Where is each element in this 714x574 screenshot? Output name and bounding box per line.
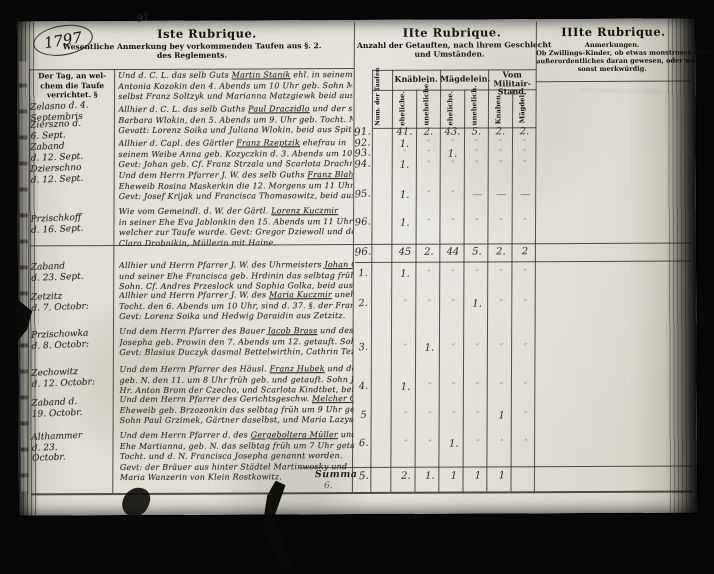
row-number: 96.	[352, 245, 375, 259]
date-header-line: Der Tag, an wel-	[31, 71, 113, 81]
count-cell: 2.	[416, 127, 440, 138]
register-entry: Und d. C. L. das selb Guts Martin Stanik…	[118, 70, 352, 103]
entry-text: Barbara Wlokin, den 5. Abends um 9. Uhr …	[118, 115, 352, 125]
count-cell: ”	[416, 139, 440, 147]
count-cell: ”	[465, 217, 489, 225]
entry-text: Tocht. den 6. Abends um 10 Uhr, sind d. …	[119, 301, 353, 311]
underlined-name: Maria Kuczmir	[269, 290, 332, 299]
entry-text: seinem Weibe Anna geb. Kozyczkin d. 3. A…	[118, 149, 352, 159]
date-entry: Przischkoffd. 16. Sept.	[30, 212, 114, 236]
entry-text: Sohn Paul Grzimek, Gärtner daselbst, und…	[120, 415, 354, 425]
count-cell: 2.	[488, 126, 512, 137]
count-cell: ”	[416, 149, 440, 157]
entry-text: Josepha geb. Prowin den 7. Abends um 12.…	[119, 337, 353, 347]
date-column: Zelasno d. 4.SeptembrisZierszno d.6. Sep…	[17, 19, 695, 22]
count-cell: ”	[441, 160, 465, 168]
entry-text: Allhier und Herrn Pfarrer J. W. des Uhrm…	[119, 260, 324, 270]
count-cell: 1.	[393, 218, 417, 229]
entry-text: Allhier und Herrn Pfarrer J. W. des	[119, 290, 269, 300]
entry-text: Und dem Herrn Pfarrer des Bauer	[119, 326, 267, 336]
entry-text: und der süssen	[310, 104, 353, 113]
entry-text: unehel. geb.	[332, 290, 353, 299]
row-rule	[355, 261, 692, 263]
count-cell: ”	[489, 268, 513, 276]
entry-text: und dessen Eheweib	[317, 326, 353, 335]
summa-sub-mark: 6.	[324, 481, 333, 491]
sub-header: Knaben.	[494, 91, 506, 125]
rubrique2-subtitle-line: Anzahl der Getauften, nach ihrem Geschle…	[357, 40, 542, 50]
register-entry: Und dem Herrn Pfarrer des Häusl. Franz H…	[119, 364, 353, 397]
register-entry-line: Gevatt: Lorenz Soika und Juliana Wlokin,…	[118, 125, 352, 137]
entry-text: Und dem Herrn Pfarrer des Gerichtsgeschw…	[120, 394, 312, 404]
register-entry: Allhier und Herrn Pfarrer J. W. des Mari…	[119, 290, 353, 323]
date-entry: Przischowkad. 8. Octobr:	[31, 328, 115, 352]
count-cell: ”	[417, 160, 441, 168]
entry-text: Gevt: Lorenz Soika und Hedwig Daraidin a…	[119, 311, 345, 321]
entry-text: Und d. C. L. das selb Guts	[118, 71, 232, 80]
entry-text: Gevt: der Bräuer aus hinter Städtel Mart…	[120, 462, 347, 472]
count-cell: ”	[489, 342, 513, 350]
entry-text: Und dem Herrn Pfarrer des Häusl.	[119, 364, 269, 374]
register-entry-line: Clara Drobnikin, Müllerin mit Haine.	[119, 238, 353, 250]
count-cell: ”	[465, 268, 489, 276]
count-cell: ”	[513, 159, 537, 167]
date-header-line: verrichtet. §	[31, 90, 113, 100]
header-stray-mark: 91	[136, 12, 151, 25]
count-cell: ”	[513, 268, 537, 276]
register-entry: Allhier d. C. L. das selb Guths Paul Dra…	[118, 104, 352, 137]
count-cell: ”	[464, 138, 488, 146]
underlined-name: Lorenz Kuczmir	[271, 206, 338, 215]
count-cell: ”	[393, 343, 417, 351]
count-cell: ”	[441, 269, 465, 277]
entry-text: ehl. in seinem	[291, 70, 353, 79]
sub-header: unehelich.	[470, 91, 482, 125]
count-cell: ”	[514, 438, 538, 446]
row-number: 2.	[352, 297, 375, 310]
num-der-taufen-label: Num. der Taufen	[374, 72, 390, 126]
scan-stage: 1797 91 Iste Rubrique. Wesentliche Anmer…	[0, 0, 714, 550]
count-cell: ”	[417, 269, 441, 277]
entry-text: Clara Drobnikin, Müllerin mit Haine.	[119, 238, 276, 248]
count-cell: ”	[418, 382, 442, 390]
row-number: 4.	[352, 380, 375, 393]
entry-text: Eheweib geb. Brzozonkin das selbtag früh…	[120, 405, 354, 415]
group-header: Mägdelein.	[440, 74, 488, 83]
register-entry: Allhier und Herrn Pfarrer J. W. des Uhrm…	[119, 260, 353, 293]
entry-text: und seiner Ehe Francisca geb. Hrdinin da…	[119, 271, 353, 281]
entry-text: in seiner Ehe Eva Jablonkin den 15. Aben…	[119, 217, 353, 227]
date-column-header: Der Tag, an wel-chem die Taufeverrichtet…	[31, 71, 113, 100]
row-number: 94.	[351, 158, 374, 171]
group-header: Knäblein.	[392, 75, 440, 84]
count-cell: ”	[466, 410, 490, 418]
rubrique2-subtitle-line: und Umständen.	[357, 49, 542, 59]
date-entry-line: Octobr.	[32, 451, 115, 465]
count-cell: 1.	[442, 439, 466, 450]
count-cell: —	[513, 189, 537, 200]
date-entry: Dzierschnod. 12. Sept.	[30, 162, 114, 186]
count-cell: ”	[513, 298, 537, 306]
register-entry-line: welcher zur Taufe wurde. Gevt: Gregor Dz…	[119, 227, 353, 239]
count-cell: 2.	[417, 247, 441, 258]
count-cell: ”	[465, 342, 489, 350]
register-page: 1797 91 Iste Rubrique. Wesentliche Anmer…	[17, 19, 697, 516]
entry-text: Ehe Martianna, geb. N. das selbtag früh …	[120, 441, 354, 451]
register-entry-line: Gevt: Lorenz Soika und Hedwig Daraidin a…	[119, 311, 353, 323]
register-entry-line: Gevt: Johan geb. Cf. Franz Strzala und S…	[119, 159, 353, 171]
count-cell: ”	[417, 190, 441, 198]
counts-body: 91.41.2.43.5.2.2.92.1.”””””93.””1.”””94.…	[17, 19, 695, 22]
count-cell: ”	[441, 190, 465, 198]
register-entry-line: Sohn Paul Grzimek, Gärtner daselbst, und…	[120, 415, 354, 427]
underlined-name: Franz Hubek	[270, 364, 325, 373]
date-entry: Zabandd. 12. Sept.	[30, 140, 114, 164]
entry-text: Tocht. und d. N. Francisca Josepha genan…	[120, 451, 343, 461]
count-cell: ”	[440, 139, 464, 147]
count-cell: 1.	[393, 269, 417, 280]
count-cell: ”	[489, 159, 513, 167]
count-cell: 2.	[512, 126, 536, 137]
row-number: 3.	[352, 341, 375, 354]
entry-text: Gevatt: Lorenz Soika und Juliana Wlokin,…	[118, 125, 352, 135]
count-cell: ”	[393, 299, 417, 307]
count-cell: 41.	[392, 127, 416, 138]
count-cell: 1.	[418, 471, 442, 482]
register-entry: Und dem Herrn Pfarrer des Gerichtsgeschw…	[120, 394, 354, 427]
count-cell: 1.	[393, 160, 417, 171]
count-cell: ”	[490, 381, 514, 389]
count-cell: 5.	[464, 126, 488, 137]
register-entry-line: Gevt: Blasius Duczyk dasmal Bettelwirthi…	[119, 347, 353, 359]
rubrique1-subtitle: Wesentliche Anmerkung bey vorkommenden T…	[37, 41, 347, 60]
count-cell: 1.	[393, 190, 417, 201]
sub-header: Mägdel.	[518, 91, 530, 125]
count-cell: ”	[490, 438, 514, 446]
underlined-name: Jacob Brass	[268, 326, 318, 335]
sub-header: uneheliche.	[422, 92, 434, 126]
entry-text: geb. N. den 11. um 8 Uhr früh geb. und g…	[119, 375, 353, 385]
entry-text: Eheweib Rosina Maskerkin die 12. Morgens…	[119, 181, 353, 191]
date-entry: Althammerd. 23.Octobr.	[31, 430, 115, 465]
entries-column: Und d. C. L. das selb Guts Martin Stanik…	[17, 19, 695, 22]
underlined-name: Melcher Golec	[312, 394, 354, 403]
count-cell: ”	[489, 217, 513, 225]
page-right-shadow	[665, 19, 697, 513]
count-cell: —	[465, 189, 489, 200]
register-entry: Und dem Herrn Pfarrer J. W. des selb Gut…	[119, 170, 353, 203]
register-entry: Wie vom Gemeindl. d. W. der Gärtl. Loren…	[119, 206, 353, 249]
underlined-name: Martin Stanik	[232, 70, 291, 79]
date-entry: Zabandd. 23. Sept.	[31, 260, 115, 284]
count-cell: 1.	[394, 382, 418, 393]
entry-text: Maria Wanzerin von Klein Rostkowitz.	[120, 473, 282, 483]
count-cell: 2.	[489, 246, 513, 257]
row-number: 1.	[352, 267, 375, 280]
count-cell: 44	[441, 247, 465, 258]
date-entry: Zaband d.19. Octobr.	[31, 396, 115, 420]
entry-text: und dessen Ehe geb. Josepha	[325, 364, 354, 373]
underlined-name: Johan Gonzel	[324, 260, 353, 269]
count-cell: ”	[514, 410, 538, 418]
count-cell: ”	[466, 438, 490, 446]
entry-text: ehefrau in	[300, 138, 346, 147]
count-cell: 1.	[417, 343, 441, 354]
count-cell: ”	[489, 298, 513, 306]
count-cell: ”	[417, 218, 441, 226]
rubrique1-subtitle-line: des Reglements.	[37, 50, 347, 60]
count-cell: 2.	[394, 471, 418, 482]
count-cell: 1	[442, 471, 466, 482]
register-entry: Und dem Herrn Pfarrer des Bauer Jacob Br…	[119, 326, 353, 359]
rubrique1-title: Iste Rubrique.	[77, 26, 337, 41]
count-cell: ”	[512, 138, 536, 146]
entry-text: Allhier d. Capl. des Gärtler	[118, 139, 236, 149]
entry-text: Gevt: Josef Krijak und Francisca Thomaso…	[119, 191, 353, 201]
date-entry: Zetzitzd. 7. Octobr:	[31, 290, 115, 314]
count-cell: 1.	[465, 298, 489, 309]
row-number: 5	[352, 409, 375, 422]
entry-text: Wie vom Gemeindl. d. W. der Gärtl.	[119, 206, 272, 216]
rubrique2-title: IIte Rubrique.	[372, 25, 532, 40]
counts-header: Num. der TaufenKnäblein.Mägdelein.Vom Mi…	[17, 19, 695, 22]
count-cell: ”	[392, 149, 416, 157]
underlined-name: Paul Draczidlo	[248, 104, 310, 113]
rubrique2-subtitle: Anzahl der Getauften, nach ihrem Geschle…	[357, 40, 542, 59]
entry-text: Und dem Herrn Pfarrer J. W. des selb Gut…	[119, 170, 308, 180]
row-number: 6.	[352, 437, 375, 450]
count-cell: ”	[394, 439, 418, 447]
date-header-line: chem die Taufe	[31, 81, 113, 91]
underlined-name: Gergeboltera Müller	[251, 430, 338, 439]
count-cell: ”	[418, 439, 442, 447]
entry-text: Antonia Kozokin den 4. Abends um 10 Uhr …	[118, 81, 352, 91]
entry-text: Gevt: Blasius Duczyk dasmal Bettelwirthi…	[119, 347, 353, 357]
count-cell: 1	[490, 410, 514, 421]
count-cell: ”	[442, 382, 466, 390]
count-cell: ”	[441, 218, 465, 226]
register-entry-line: selbst Franz Soltzyk und Marianna Matzgi…	[118, 91, 352, 103]
entry-text: Allhier d. C. L. das selb Guths	[118, 104, 248, 114]
bleedthrough-text: ɿɘdɒ ƨǝƨυɘɿɟƨnom ƨɒwɟǝ do	[577, 86, 674, 95]
date-entry: Zechowitzd. 12. Octobr:	[31, 366, 115, 390]
row-rule	[299, 466, 693, 469]
count-cell: 1.	[440, 149, 464, 160]
count-cell: ”	[512, 148, 536, 156]
count-cell: ”	[417, 299, 441, 307]
count-cell: ”	[488, 138, 512, 146]
summa-label: Summa	[315, 469, 358, 480]
count-cell: ”	[418, 411, 442, 419]
entry-text: welcher zur Taufe wurde. Gevt: Gregor Dz…	[119, 227, 353, 237]
count-cell: ”	[442, 411, 466, 419]
count-cell: ”	[464, 148, 488, 156]
entry-text: und der	[338, 430, 354, 439]
sub-header: eheliche.	[446, 92, 458, 126]
date-entry: Zierszno d.6. Sept.	[30, 118, 114, 142]
count-cell: 43.	[440, 127, 464, 138]
count-cell: ”	[441, 343, 465, 351]
count-cell: ”	[394, 411, 418, 419]
table-rules	[17, 19, 695, 22]
count-cell: ”	[441, 299, 465, 307]
count-cell: 45	[393, 247, 417, 258]
count-cell: ”	[513, 342, 537, 350]
sub-header: eheliche.	[398, 92, 410, 126]
entry-text: selbst Franz Soltzyk und Marianna Matzgi…	[118, 91, 352, 101]
count-cell: ”	[465, 159, 489, 167]
underlined-name: Franz Blahe	[307, 170, 352, 179]
row-number: 96.	[351, 216, 374, 229]
count-cell: 5.	[465, 246, 489, 257]
count-cell: ”	[514, 381, 538, 389]
count-cell: —	[489, 189, 513, 200]
count-cell: 2	[513, 246, 537, 257]
count-cell: ”	[466, 381, 490, 389]
entry-text: Gevt: Johan geb. Cf. Franz Strzala und S…	[119, 159, 353, 169]
ink-blot-bottom	[119, 483, 154, 520]
entry-text: Und dem Herrn Pfarrer d. des	[120, 430, 251, 440]
count-cell: ”	[513, 217, 537, 225]
register-entry: Allhier d. Capl. des Gärtler Franz Rzept…	[118, 138, 352, 171]
count-cell: ”	[488, 148, 512, 156]
underlined-name: Franz Rzeptzik	[236, 138, 300, 147]
register-entry-line: Gevt: Josef Krijak und Francisca Thomaso…	[119, 191, 353, 203]
count-cell: 1	[466, 470, 490, 481]
row-number: 95.	[351, 188, 374, 201]
count-cell: 1	[490, 470, 514, 481]
